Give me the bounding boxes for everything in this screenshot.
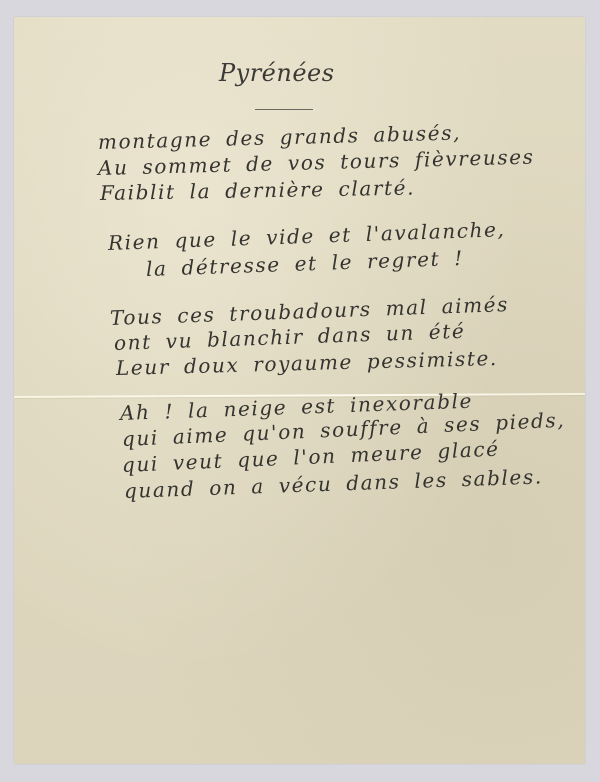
manuscript-page: Pyrénées montagne des grands abusés, Au …	[14, 17, 585, 764]
poem-line: Faiblit la dernière clarté.	[100, 176, 415, 205]
poem-title: Pyrénées	[219, 59, 335, 87]
title-underline	[255, 109, 313, 110]
